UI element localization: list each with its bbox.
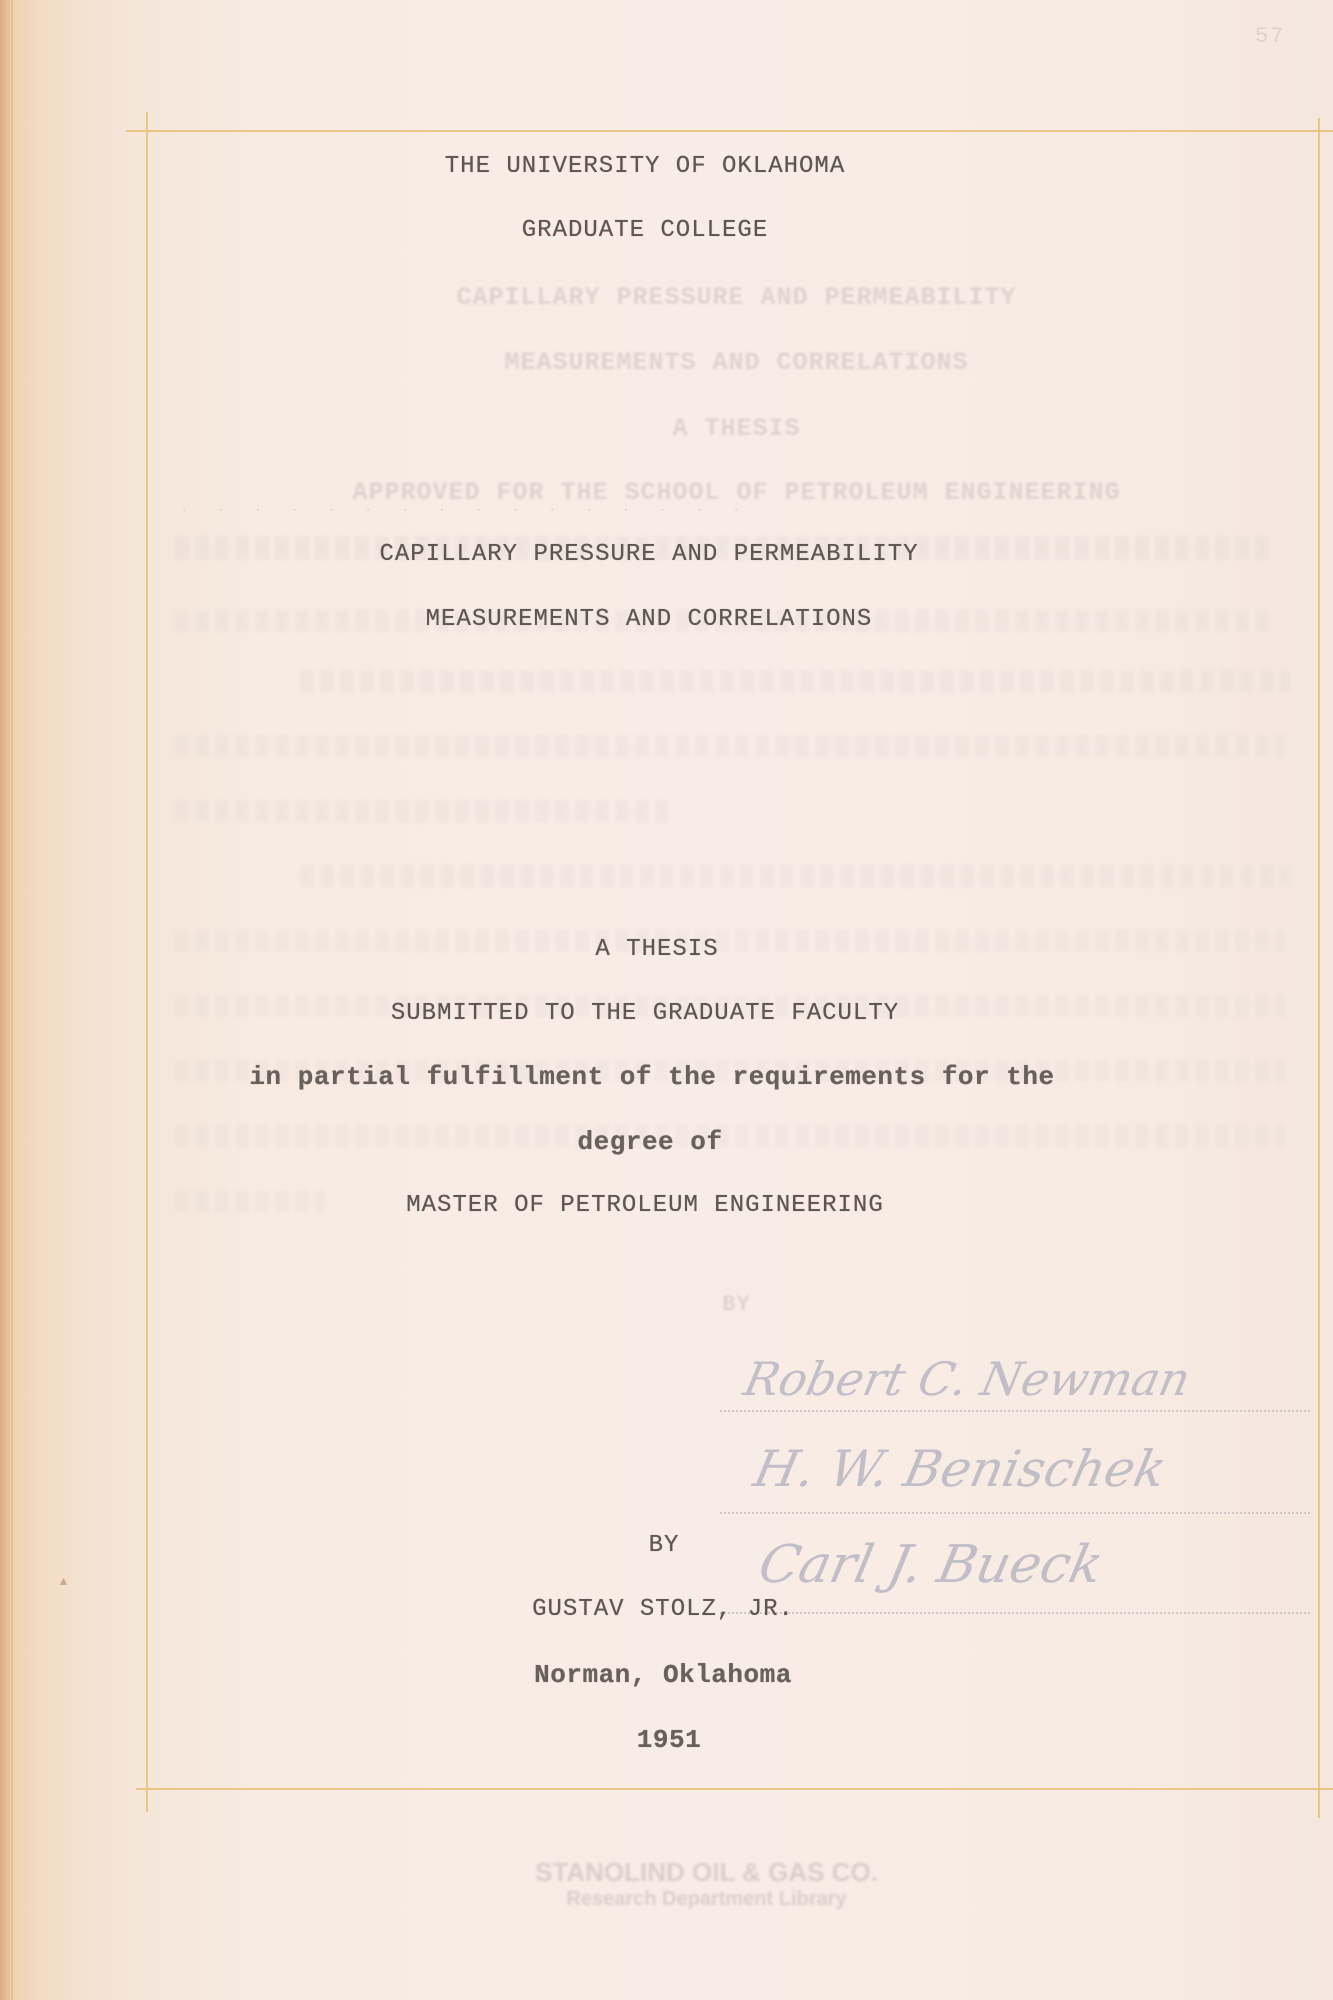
document-type: A THESIS xyxy=(0,936,1333,963)
bleed-paragraph-line xyxy=(300,865,1290,887)
college-name: GRADUATE COLLEGE xyxy=(0,217,1333,244)
bleed-thesis: A THESIS xyxy=(70,414,1333,443)
signature-1: Robert C. Newman xyxy=(739,1352,1195,1406)
submitted-to: SUBMITTED TO THE GRADUATE FACULTY xyxy=(0,1000,1333,1027)
bleed-paragraph-line xyxy=(300,670,1290,692)
bleed-title-line-2: MEASUREMENTS AND CORRELATIONS xyxy=(70,348,1333,377)
degree-name: MASTER OF PETROLEUM ENGINEERING xyxy=(0,1192,1333,1219)
thesis-title-line-2: MEASUREMENTS AND CORRELATIONS xyxy=(0,606,1333,633)
thesis-title-line-1: CAPILLARY PRESSURE AND PERMEABILITY xyxy=(0,541,1333,568)
institution-name: THE UNIVERSITY OF OKLAHOMA xyxy=(0,153,1333,180)
bleed-paragraph-line xyxy=(175,800,675,822)
bleed-title-line-1: CAPILLARY PRESSURE AND PERMEABILITY xyxy=(70,283,1333,312)
signature-line-1 xyxy=(720,1410,1310,1412)
location: Norman, Oklahoma xyxy=(0,1660,1333,1690)
bleed-dot-row: . . . . . . . . . . . . . . . . xyxy=(180,500,750,516)
fulfillment-statement: in partial fulfillment of the requiremen… xyxy=(0,1062,1333,1092)
author-name: GUSTAV STOLZ, JR. xyxy=(0,1596,1333,1623)
year: 1951 xyxy=(0,1725,1333,1755)
signature-line-2 xyxy=(720,1512,1310,1514)
bleed-paragraph-line xyxy=(175,735,1285,757)
document-page: 57 CAPILLARY PRESSURE AND PERMEABILITY M… xyxy=(0,0,1333,2000)
library-stamp-line-2: Research Department Library xyxy=(40,1888,1333,1911)
by-label: BY xyxy=(0,1532,1333,1559)
bleed-by: BY xyxy=(70,1292,1333,1317)
signature-2: H. W. Benischek xyxy=(749,1440,1171,1498)
margin-mark: ▴ xyxy=(60,1572,67,1589)
degree-of: degree of xyxy=(0,1127,1333,1157)
page-number: 57 xyxy=(1255,24,1285,49)
library-stamp-line-1: STANOLIND OIL & GAS CO. xyxy=(40,1857,1333,1888)
frame-line-bottom xyxy=(136,1788,1333,1790)
frame-line-top xyxy=(126,130,1333,132)
